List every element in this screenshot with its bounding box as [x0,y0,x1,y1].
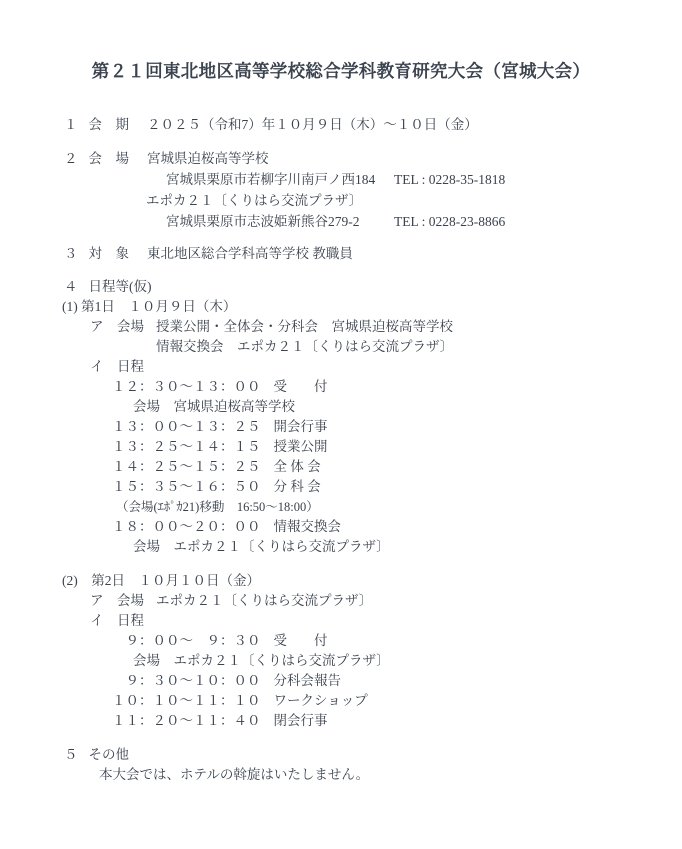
day2-heading: (2) 第2日 １０月１０日（金） [0,571,682,591]
venue-tel: TEL : 0228-35-1818 [394,169,505,190]
schedule-time: １８：００～２０：００ [112,517,261,537]
schedule-time: ９：００～ ９：３０ [112,631,261,651]
day1-venue-row: ア 会場 授業公開・全体会・分科会 宮城県迫桜高等学校 情報交換会 エポカ２１〔… [0,317,682,357]
day1-program-label-row: イ 日程 [0,357,682,377]
venue-tel: TEL : 0228-23-8866 [394,211,505,232]
section-venue-number: ２ [64,148,78,169]
schedule-note: 会場 エポカ２１〔くりはら交流プラザ〕 [0,651,682,671]
day1-venue-label: ア 会場 [90,317,144,337]
section-schedule-number: ４ [64,277,78,297]
section-period-label: 会 期 [89,115,130,135]
schedule-row: １４：２５～１５：２５ 全 体 会 [0,457,682,477]
day2-program-label: イ 日程 [90,611,144,631]
schedule-time: １４：２５～１５：２５ [112,457,261,477]
schedule-time: ９：３０～１０：００ [112,671,261,691]
venue-address-row: 宮城県栗原市若柳字川南戸ノ西184 TEL : 0228-35-1818 [0,169,682,190]
schedule-time: １２：３０～１３：００ [112,377,261,397]
day1-heading: (1) 第1日 １０月９日（木） [0,297,682,317]
section-audience: ３ 対 象 東北地区総合学科高等学校 教職員 [0,244,682,264]
section-period: １ 会 期 ２０２５（令和7）年１０月９日（木）～１０日（金） [0,115,682,135]
schedule-row: １０：１０～１１：１０ ワークショップ [0,691,682,711]
schedule-event: 受 付 [274,631,328,651]
schedule-row: １３：００～１３：２５ 開会行事 [0,417,682,437]
schedule-note: 会場 宮城県迫桜高等学校 [0,397,682,417]
schedule-row: ９：００～ ９：３０ 受 付 [0,631,682,651]
day1-program-label: イ 日程 [90,357,144,377]
schedule-event: 受 付 [274,377,328,397]
schedule-time: １０：１０～１１：１０ [112,691,261,711]
section-venue-label: 会 場 [89,148,130,169]
schedule-row: １２：３０～１３：００ 受 付 [0,377,682,397]
section-other: ５ その他 [0,745,682,765]
schedule-event: 分科会報告 [274,671,342,691]
schedule-time: １５：３５～１６：５０ [112,477,261,497]
document-title: 第２１回東北地区高等学校総合学科教育研究大会（宮城大会） [0,58,682,84]
day2-venue-value: エポカ２１〔くりはら交流プラザ〕 [156,591,372,611]
schedule-time: １１：２０～１１：４０ [112,711,261,731]
day1-venue-lines: 授業公開・全体会・分科会 宮城県迫桜高等学校 情報交換会 エポカ２１〔くりはら交… [156,317,453,357]
schedule-row: １５：３５～１６：５０ 分 科 会 [0,477,682,497]
other-note: 本大会では、ホテルの斡旋はいたしません。 [0,765,682,785]
schedule-time: １３：００～１３：２５ [112,417,261,437]
section-schedule-label: 日程等(仮) [89,277,152,297]
venue-address: 宮城県栗原市若柳字川南戸ノ西184 [166,169,394,190]
schedule-move-note: （会場(ｴﾎﾟｶ21)移動 16:50～18:00） [0,497,682,517]
section-other-label: その他 [89,745,130,765]
schedule-event: 情報交換会 [274,517,342,537]
section-audience-number: ３ [64,244,78,264]
section-other-number: ５ [64,745,78,765]
day2-program-label-row: イ 日程 [0,611,682,631]
section-venue: ２ 会 場 宮城県迫桜高等学校 [0,148,682,169]
schedule-note: 会場 エポカ２１〔くりはら交流プラザ〕 [0,537,682,557]
day1-venue-line: 授業公開・全体会・分科会 宮城県迫桜高等学校 [156,317,453,337]
schedule-event: 授業公開 [274,437,328,457]
schedule-row: ９：３０～１０：００ 分科会報告 [0,671,682,691]
day2-venue-label: ア 会場 [90,591,144,611]
section-audience-label: 対 象 [89,244,130,264]
day1-venue-line: 情報交換会 エポカ２１〔くりはら交流プラザ〕 [156,337,453,357]
section-period-number: １ [64,115,78,135]
schedule-event: ワークショップ [274,691,368,711]
audience-value: 東北地区総合学科高等学校 教職員 [147,244,353,264]
schedule-event: 開会行事 [274,417,328,437]
venue-address: 宮城県栗原市志波姫新熊谷279-2 [166,211,394,232]
venue-address-row: 宮城県栗原市志波姫新熊谷279-2 TEL : 0228-23-8866 [0,211,682,232]
period-value: ２０２５（令和7）年１０月９日（木）～１０日（金） [147,115,478,135]
conference-notice-page: 第２１回東北地区高等学校総合学科教育研究大会（宮城大会） １ 会 期 ２０２５（… [0,0,682,849]
schedule-event: 閉会行事 [274,711,328,731]
venue-name: エポカ２１〔くりはら交流プラザ〕 [0,190,682,211]
schedule-event: 分 科 会 [274,477,321,497]
venue-name: 宮城県迫桜高等学校 [147,148,269,169]
day2-venue-row: ア 会場 エポカ２１〔くりはら交流プラザ〕 [0,591,682,611]
schedule-event: 全 体 会 [274,457,321,477]
schedule-row: １１：２０～１１：４０ 閉会行事 [0,711,682,731]
schedule-row: １８：００～２０：００ 情報交換会 [0,517,682,537]
schedule-time: １３：２５～１４：１５ [112,437,261,457]
schedule-row: １３：２５～１４：１５ 授業公開 [0,437,682,457]
section-schedule: ４ 日程等(仮) [0,277,682,297]
